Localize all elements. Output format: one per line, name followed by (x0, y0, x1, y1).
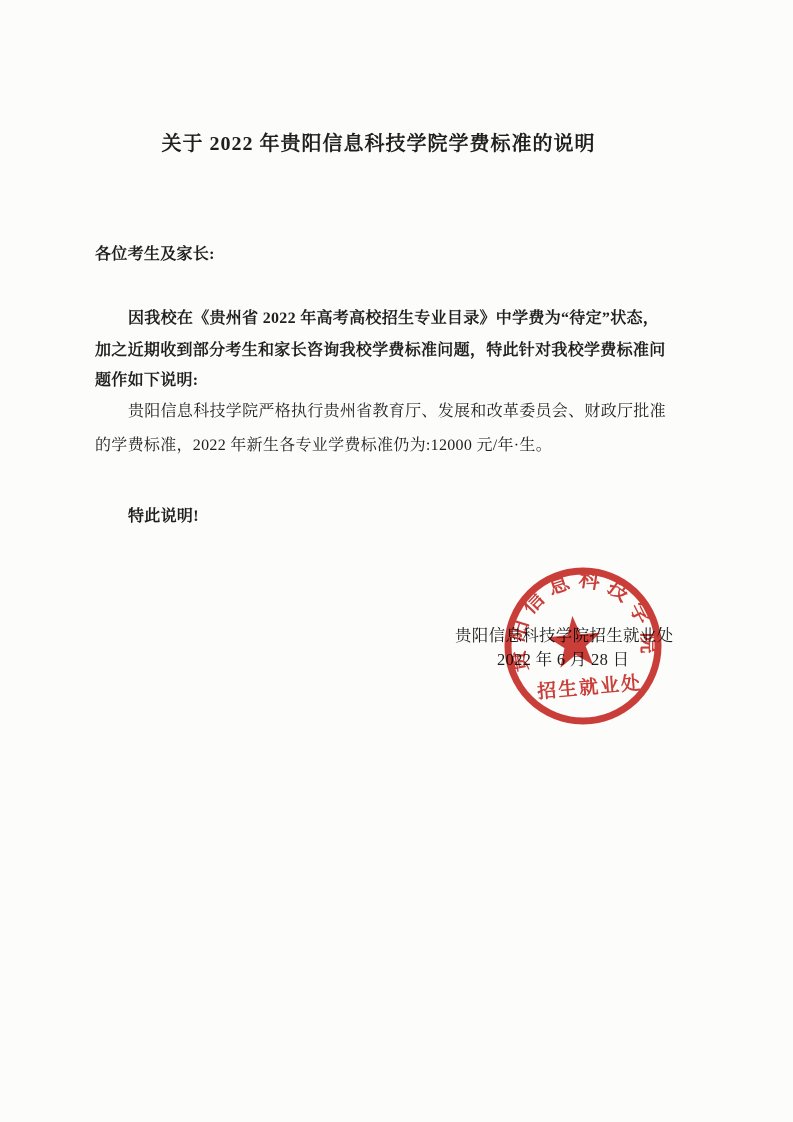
paragraph2-line1: 贵阳信息科技学院严格执行贵州省教育厅、发展和改革委员会、财政厅批准 (128, 403, 666, 421)
paragraph1-line1: 因我校在《贵州省 2022 年高考高校招生专业目录》中学费为“待定”状态， (128, 310, 659, 328)
star-icon (546, 613, 603, 668)
paragraph1-line3: 题作如下说明: (95, 372, 198, 390)
salutation: 各位考生及家长: (95, 246, 215, 264)
paragraph2-line2: 的学费标准，2022 年新生各专业学费标准仍为:12000 元/年·生。 (95, 437, 552, 455)
official-seal: 贵阳信息科技学院 招生就业处 (495, 558, 671, 734)
closing-statement: 特此说明! (128, 508, 199, 526)
document-page: 关于 2022 年贵阳信息科技学院学费标准的说明 各位考生及家长: 因我校在《贵… (0, 0, 793, 1122)
seal-bottom-text: 招生就业处 (536, 671, 643, 703)
paragraph1-line2: 加之近期收到部分考生和家长咨询我校学费标准问题，特此针对我校学费标准问 (95, 342, 666, 360)
document-title: 关于 2022 年贵阳信息科技学院学费标准的说明 (0, 127, 775, 156)
